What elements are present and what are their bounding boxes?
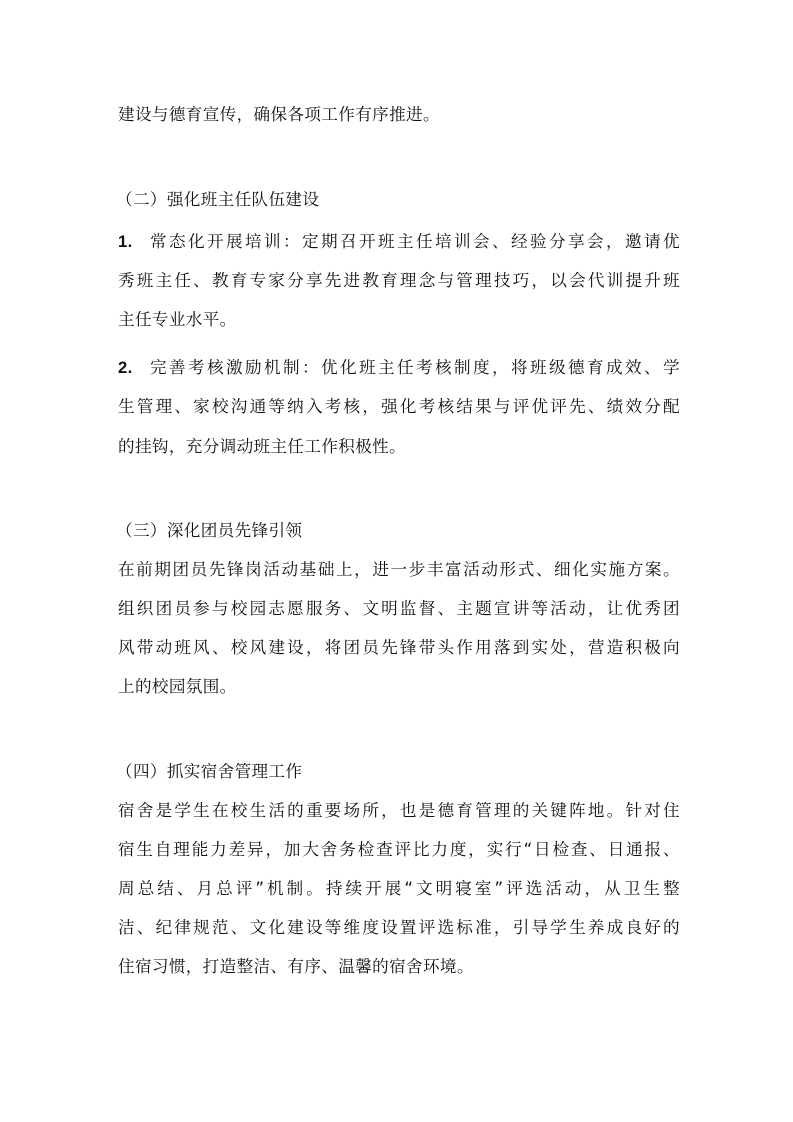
list-item-line: 秀班主任、教育专家分享先进教育理念与管理技巧，以会代训提升班 — [118, 270, 680, 292]
paragraph-line: 宿生自理能力差异，加大舍务检查评比力度，实行“日检查、日通报、 — [118, 839, 680, 861]
list-item-line: 的挂钩，充分调动班主任工作积极性。 — [118, 436, 680, 458]
paragraph-line: 在前期团员先锋岗活动基础上，进一步丰富活动形式、细化实施方案。 — [118, 559, 680, 581]
list-number: 1. — [118, 231, 148, 253]
paragraph-line: 风带动班风、校风建设，将团员先锋带头作用落到实处，营造积极向 — [118, 637, 680, 659]
paragraph-line: 建设与德育宣传，确保各项工作有序推进。 — [118, 104, 680, 126]
paragraph-line: 住宿习惯，打造整洁、有序、温馨的宿舍环境。 — [118, 956, 680, 978]
document-page: 建设与德育宣传，确保各项工作有序推进。 （二）强化班主任队伍建设 1.常态化开展… — [0, 0, 793, 1122]
list-item-line: 主任专业水平。 — [118, 309, 680, 331]
list-number: 2. — [118, 357, 148, 379]
list-item-line: 生管理、家校沟通等纳入考核，强化考核结果与评优评先、绩效分配 — [118, 396, 680, 418]
paragraph-line: 宿舍是学生在校生活的重要场所，也是德育管理的关键阵地。针对住 — [118, 800, 680, 822]
list-item-text: 完善考核激励机制：优化班主任考核制度，将班级德育成效、学 — [148, 358, 680, 377]
paragraph-line: 周总结、月总评”机制。持续开展“文明寝室”评选活动，从卫生整 — [118, 878, 680, 900]
section-heading: （四）抓实宿舍管理工作 — [116, 761, 678, 783]
section-heading: （二）强化班主任队伍建设 — [116, 189, 678, 211]
list-item-line: 2.完善考核激励机制：优化班主任考核制度，将班级德育成效、学 — [118, 357, 680, 379]
paragraph-line: 组织团员参与校园志愿服务、文明监督、主题宣讲等活动，让优秀团 — [118, 598, 680, 620]
list-item-line: 1.常态化开展培训：定期召开班主任培训会、经验分享会，邀请优 — [118, 231, 680, 253]
paragraph-line: 洁、纪律规范、文化建设等维度设置评选标准，引导学生养成良好的 — [118, 917, 680, 939]
section-heading: （三）深化团员先锋引领 — [116, 520, 678, 542]
list-item-text: 常态化开展培训：定期召开班主任培训会、经验分享会，邀请优 — [148, 232, 680, 251]
paragraph-line: 上的校园氛围。 — [118, 676, 680, 698]
